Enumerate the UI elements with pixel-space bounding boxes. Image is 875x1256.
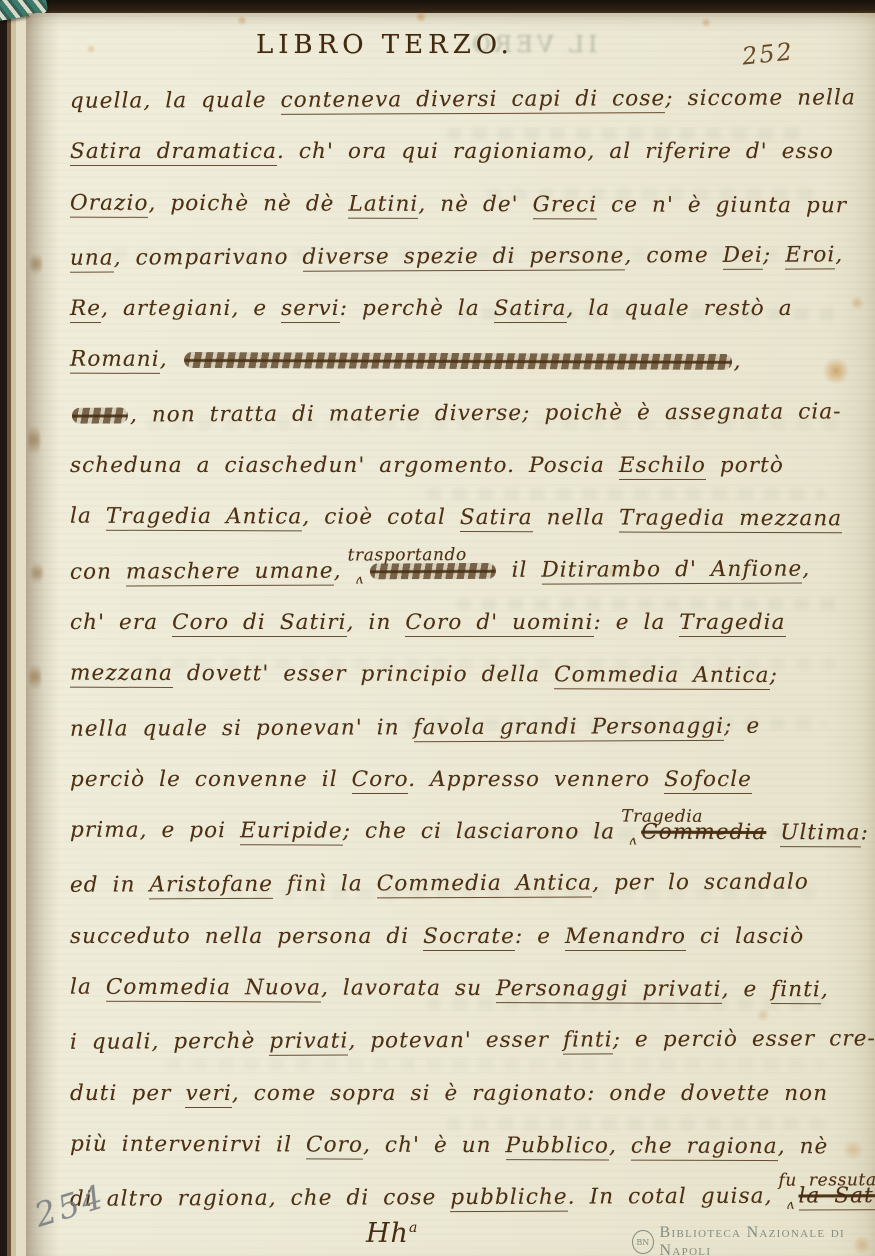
folio-number-ink: 252 [741, 37, 795, 70]
underlined-segment: Euripide [240, 818, 343, 845]
text-segment: , comparivano [114, 245, 303, 271]
underlined-segment: Commedia Antica [554, 663, 770, 691]
underlined-segment: Eschilo [619, 453, 706, 480]
text-segment: più intervenirvi il [70, 1132, 306, 1158]
interlinear-insertion: Tragediaʌ [629, 820, 641, 842]
text-segment: , per lo scandalo [592, 870, 809, 896]
text-segment: nella [533, 506, 620, 531]
underlined-segment: Sofocle [664, 767, 752, 794]
manuscript-photo: IL VERO LIBRO TERZO. 252 quella, la qual… [0, 0, 875, 1256]
text-segment: , cioè cotal [302, 505, 460, 531]
manuscript-line: succeduto nella persona di Socrate: e Me… [70, 924, 866, 976]
insertion-caret-icon: ʌ [629, 834, 638, 849]
underlined-segment: Tragedia Antica [106, 504, 303, 532]
text-segment: prima, e poi [70, 818, 240, 844]
interlinear-insertion: fu ressutaʌ [786, 1184, 798, 1206]
underlined-segment: favola grandi Personaggi [414, 713, 725, 741]
text-segment: ; [770, 663, 778, 688]
underlined-segment: che ragiona [631, 1134, 778, 1162]
text-segment: ; che ci lasciarono la [343, 819, 630, 845]
text-segment: , nè [778, 1134, 829, 1159]
text-segment: , potevan' esser [348, 1028, 563, 1054]
manuscript-line: prima, e poi Euripide; che ci lasciarono… [70, 818, 866, 873]
text-segment: , non tratta di materie diverse; poichè … [130, 399, 842, 427]
underlined-segment: Tragedia mezzana [619, 506, 842, 534]
text-segment: la [70, 975, 106, 1000]
manuscript-line: più intervenirvi il Coro, ch' è un Pubbl… [70, 1132, 866, 1187]
underlined-segment: Menandro [565, 924, 686, 951]
text-segment: di altro ragiona, che di cose [70, 1185, 450, 1212]
manuscript-line: una, comparivano diverse spezie di perso… [70, 242, 866, 298]
insertion-text: trasportando [348, 544, 467, 565]
manuscript-line: con maschere umane, trasportandoʌ il Dit… [70, 556, 866, 612]
manuscript-lines: quella, la quale conteneva diversi capi … [70, 87, 866, 1238]
text-segment: la [70, 504, 106, 529]
underlined-segment: diverse spezie di persone [302, 243, 624, 271]
text-segment [766, 820, 780, 845]
underlined-segment: una [70, 245, 114, 272]
text-segment: scheduna a ciaschedun' argomento. Poscia [70, 453, 619, 478]
underlined-segment: Coro di Satiri [172, 610, 347, 637]
underlined-segment: Personaggi privati [496, 976, 722, 1004]
underlined-segment: Orazio [70, 190, 149, 217]
text-segment: , [821, 977, 829, 1002]
insertion-caret-icon: ʌ [787, 1198, 796, 1213]
underlined-segment: veri [185, 1081, 231, 1108]
text-segment: ed in [70, 873, 150, 898]
underlined-segment: Socrate [423, 924, 515, 951]
text-segment: finì la [273, 872, 377, 897]
text-segment: , in [347, 610, 406, 635]
underlined-segment: Satira [494, 296, 567, 323]
underlined-segment: finti [771, 977, 821, 1004]
text-segment: , ch' è un [363, 1133, 506, 1158]
underlined-segment: pubbliche [450, 1185, 568, 1213]
manuscript-line: la Commedia Nuova, lavorata su Personagg… [70, 975, 866, 1030]
manuscript-line: nella quale si ponevan' in favola grandi… [70, 713, 866, 769]
underlined-segment: Dei [723, 243, 763, 270]
underlined-segment: finti [563, 1028, 613, 1055]
text-segment: nella quale si ponevan' in [70, 715, 414, 741]
text-segment: , [609, 1133, 631, 1158]
text-segment: ; siccome nella [665, 85, 856, 111]
text-segment: , [835, 242, 843, 267]
manuscript-line: Re, artegiani, e servi: perchè la Satira… [70, 296, 866, 348]
text-segment: succeduto nella persona di [70, 924, 423, 949]
underlined-segment: Commedia Antica [377, 871, 593, 899]
quire-signature-superscript: a [409, 1220, 418, 1236]
text-segment: : perchè la [340, 296, 494, 321]
insertion-text: Tragedia [621, 806, 703, 826]
underlined-segment: Ditirambo d' Anfione [541, 556, 802, 584]
gutter-stain [30, 250, 42, 278]
underlined-segment: Coro [306, 1132, 363, 1159]
text-segment: perciò le convenne il [70, 767, 352, 792]
manuscript-line: ed in Aristofane finì la Commedia Antica… [70, 870, 866, 926]
text-segment: i quali, perchè [70, 1029, 269, 1055]
manuscript-line: perciò le convenne il Coro. Appresso ven… [70, 767, 866, 819]
underlined-segment: Coro d' uomini [405, 610, 593, 637]
text-segment: , [160, 347, 182, 372]
interlinear-insertion: trasportandoʌ [356, 558, 368, 580]
library-logo-icon: BN [632, 1230, 654, 1254]
text-segment: , come sopra si è ragionato: onde dovett… [232, 1081, 828, 1106]
text-segment: . In cotal guisa, [568, 1184, 787, 1210]
underlined-segment: privati [269, 1029, 348, 1056]
underlined-segment: Latini [348, 191, 418, 218]
library-watermark: BN Biblioteca Nazionale di Napoli [632, 1224, 875, 1256]
underlined-segment: maschere umane [126, 558, 334, 586]
scribble-cancellation [72, 407, 128, 423]
text-segment: , la quale restò a [567, 296, 793, 321]
underlined-segment: Tragedia [679, 610, 785, 637]
insertion-text: fu ressuta [778, 1170, 875, 1190]
text-segment: : e [515, 924, 565, 949]
text-segment: ch' era [70, 610, 172, 635]
gutter-stain [28, 420, 40, 460]
text-segment: ; [763, 243, 785, 268]
text-segment: : e la [594, 610, 680, 635]
underlined-segment: Satira [460, 505, 533, 532]
manuscript-line: ch' era Coro di Satiri, in Coro d' uomin… [70, 610, 866, 662]
underlined-segment: Ultima [780, 820, 860, 847]
quire-signature: Hha [366, 1218, 418, 1249]
text-segment: . Appresso vennero [408, 767, 664, 792]
text-segment: : [861, 821, 869, 846]
text-segment: duti per [70, 1081, 185, 1106]
underlined-segment: Commedia Nuova [106, 975, 321, 1003]
scribble-cancellation [370, 563, 496, 580]
manuscript-line: , non tratta di materie diverse; poichè … [70, 399, 866, 455]
text-segment: il [498, 557, 542, 582]
text-segment: , artegiani, e [101, 296, 281, 321]
underlined-segment: Re [70, 296, 101, 323]
text-segment: , [802, 556, 810, 581]
text-segment: dovett' esser principio della [173, 661, 554, 687]
manuscript-line: la Tragedia Antica, cioè cotal Satira ne… [70, 504, 866, 559]
manuscript-line: duti per veri, come sopra si è ragionato… [70, 1081, 866, 1133]
manuscript-line: mezzana dovett' esser principio della Co… [70, 661, 866, 716]
text-segment: quella, la quale [70, 88, 281, 114]
underlined-segment: Aristofane [149, 872, 273, 900]
underlined-segment: Eroi [785, 242, 835, 269]
text-segment: , poichè nè dè [148, 190, 348, 216]
underlined-segment: Greci [533, 192, 598, 219]
manuscript-line: i quali, perchè privati, potevan' esser … [70, 1027, 866, 1083]
underlined-segment: servi [281, 296, 340, 323]
chapter-heading: LIBRO TERZO. [256, 30, 514, 60]
underlined-segment: Coro [352, 767, 409, 794]
book-top-edge [0, 0, 875, 14]
text-segment: . ch' ora qui ragioniamo, al riferire d'… [277, 139, 834, 164]
text-segment: , [734, 349, 742, 374]
underlined-segment: Satira dramatica [70, 139, 277, 166]
text-segment: con [70, 559, 126, 584]
text-segment: ci lasciò [686, 924, 804, 949]
text-segment: ; e perciò esser cre- [613, 1027, 875, 1053]
insertion-caret-icon: ʌ [356, 572, 365, 587]
underlined-segment: mezzana [70, 661, 173, 688]
gutter-stain [29, 660, 41, 694]
text-segment: portò [706, 453, 784, 478]
underlined-segment: Romani [70, 347, 160, 374]
library-watermark-text: Biblioteca Nazionale di Napoli [660, 1224, 875, 1256]
underlined-segment: conteneva diversi capi di cose [281, 86, 666, 115]
manuscript-line: scheduna a ciaschedun' argomento. Poscia… [70, 453, 866, 505]
text-segment: ce n' è giunta pur [597, 192, 847, 218]
text-segment: , come [624, 243, 722, 268]
quire-signature-text: Hh [366, 1218, 409, 1249]
gutter-stain [31, 560, 43, 586]
text-segment: ; e [724, 713, 760, 738]
manuscript-line: Orazio, poichè nè dè Latini, nè de' Grec… [70, 190, 866, 245]
text-segment: , lavorata su [321, 976, 496, 1002]
manuscript-line: Satira dramatica. ch' ora qui ragioniamo… [70, 139, 866, 191]
underlined-segment: Pubblico [506, 1133, 609, 1160]
text-segment: , nè de' [418, 191, 532, 216]
manuscript-line: quella, la quale conteneva diversi capi … [70, 85, 866, 141]
scribble-cancellation [184, 352, 732, 370]
text-segment: , e [722, 977, 772, 1002]
manuscript-line: Romani, , [70, 347, 866, 402]
